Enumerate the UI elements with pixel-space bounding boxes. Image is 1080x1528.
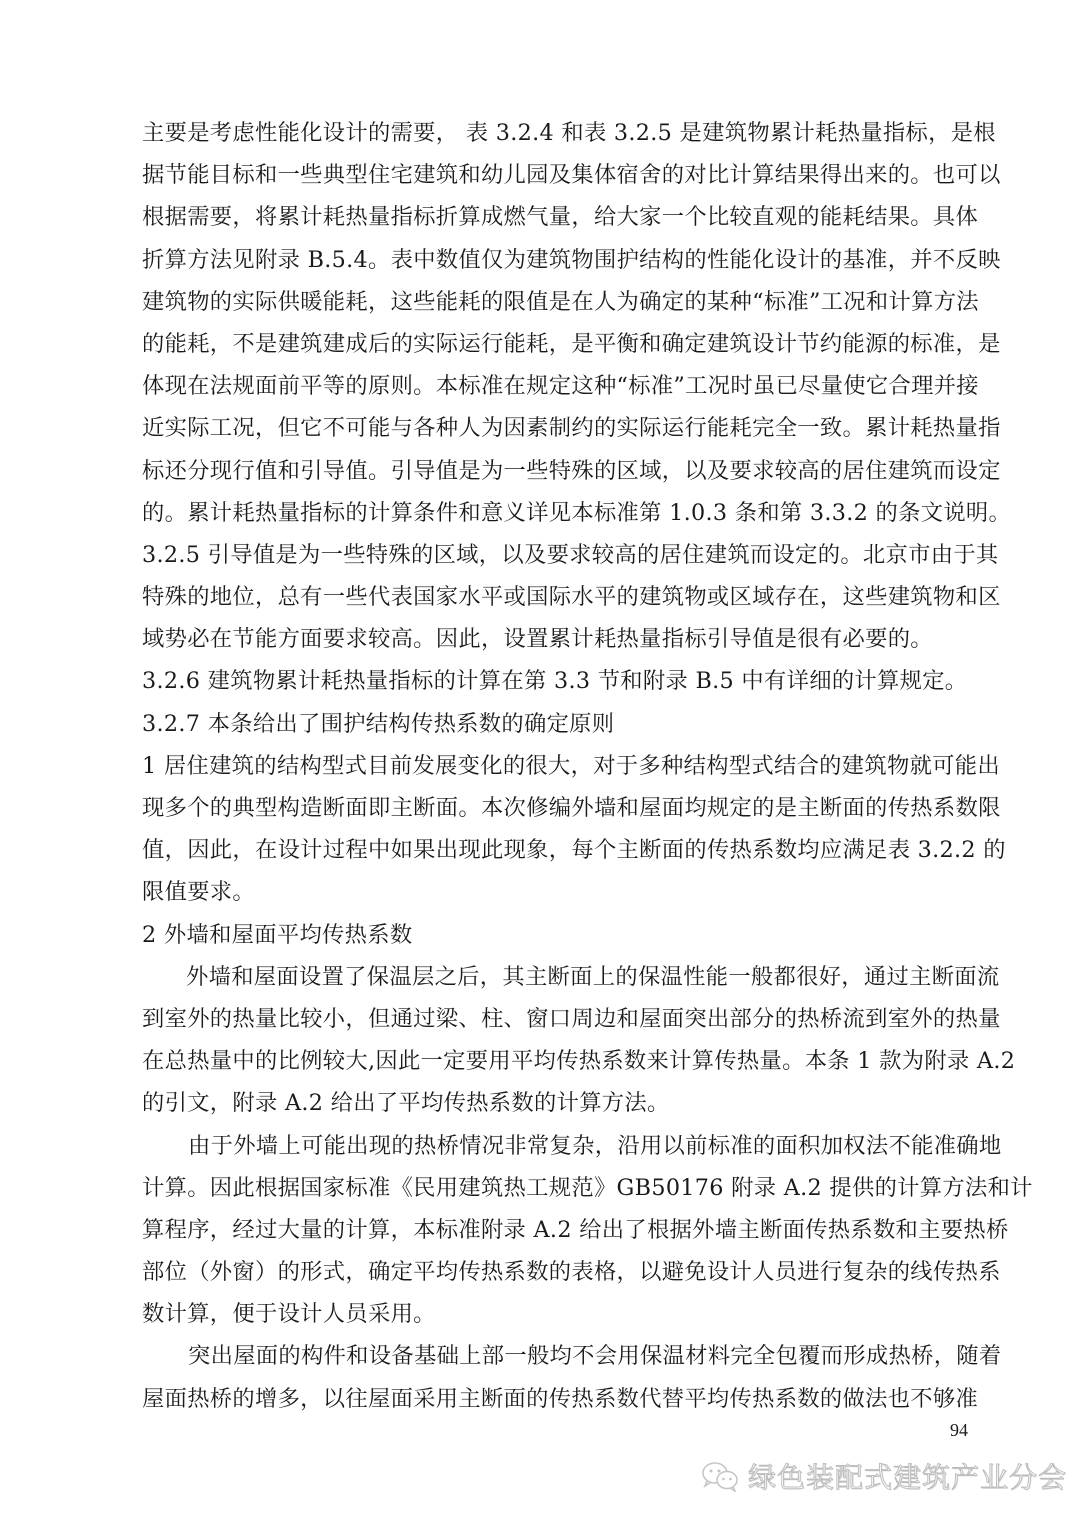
item-2-heading: 2 外墙和屋面平均传热系数: [142, 914, 968, 956]
text-line: 到室外的热量比较小，但通过梁、柱、窗口周边和屋面突出部分的热桥流到室外的热量: [142, 998, 968, 1040]
text-line: 特殊的地位，总有一些代表国家水平或国际水平的建筑物或区域存在，这些建筑物和区: [142, 576, 968, 618]
text-line: 折算方法见附录 B.5.4。表中数值仅为建筑物围护结构的性能化设计的基准，并不反…: [142, 239, 968, 281]
document-page: 主要是考虑性能化设计的需要， 表 3.2.4 和表 3.2.5 是建筑物累计耗热…: [0, 0, 1080, 1528]
paragraph-start-line: 由于外墙上可能出现的热桥情况非常复杂，沿用以前标准的面积加权法不能准确地: [142, 1125, 968, 1167]
text-line: 在总热量中的比例较大,因此一定要用平均传热系数来计算传热量。本条 1 款为附录 …: [142, 1040, 968, 1082]
section-3-2-7-heading: 3.2.7 本条给出了围护结构传热系数的确定原则: [142, 703, 968, 745]
text-line: 部位（外窗）的形式，确定平均传热系数的表格，以避免设计人员进行复杂的线传热系: [142, 1251, 968, 1293]
body-text: 主要是考虑性能化设计的需要， 表 3.2.4 和表 3.2.5 是建筑物累计耗热…: [142, 112, 968, 1420]
text-line: 限值要求。: [142, 871, 968, 913]
text-line: 现多个的典型构造断面即主断面。本次修编外墙和屋面均规定的是主断面的传热系数限: [142, 787, 968, 829]
text-line: 计算。因此根据国家标准《民用建筑热工规范》GB50176 附录 A.2 提供的计…: [142, 1167, 968, 1209]
section-3-2-6-line: 3.2.6 建筑物累计耗热量指标的计算在第 3.3 节和附录 B.5 中有详细的…: [142, 660, 968, 702]
text-line: 数计算，便于设计人员采用。: [142, 1293, 968, 1335]
text-line: 据节能目标和一些典型住宅建筑和幼儿园及集体宿舍的对比计算结果得出来的。也可以: [142, 154, 968, 196]
text-line: 体现在法规面前平等的原则。本标准在规定这种“标准”工况时虽已尽量使它合理并接: [142, 365, 968, 407]
text-line: 算程序，经过大量的计算，本标准附录 A.2 给出了根据外墙主断面传热系数和主要热…: [142, 1209, 968, 1251]
text-line: 屋面热桥的增多，以往屋面采用主断面的传热系数代替平均传热系数的做法也不够准: [142, 1378, 968, 1420]
text-line: 值，因此，在设计过程中如果出现此现象，每个主断面的传热系数均应满足表 3.2.2…: [142, 829, 968, 871]
item-1-line: 1 居住建筑的结构型式目前发展变化的很大，对于多种结构型式结合的建筑物就可能出: [142, 745, 968, 787]
text-line: 建筑物的实际供暖能耗，这些能耗的限值是在人为确定的某种“标准”工况和计算方法: [142, 281, 968, 323]
watermark: 绿色装配式建筑产业分会: [700, 1456, 1067, 1496]
text-line: 根据需要，将累计耗热量指标折算成燃气量，给大家一个比较直观的能耗结果。具体: [142, 196, 968, 238]
paragraph-start-line: 突出屋面的构件和设备基础上部一般均不会用保温材料完全包覆而形成热桥，随着: [142, 1335, 968, 1377]
wechat-icon: [700, 1460, 740, 1492]
text-line: 的。累计耗热量指标的计算条件和意义详见本标准第 1.0.3 条和第 3.3.2 …: [142, 492, 968, 534]
paragraph-start-line: 外墙和屋面设置了保温层之后，其主断面上的保温性能一般都很好，通过主断面流: [142, 956, 968, 998]
section-3-2-5-line: 3.2.5 引导值是为一些特殊的区域，以及要求较高的居住建筑而设定的。北京市由于…: [142, 534, 968, 576]
watermark-text: 绿色装配式建筑产业分会: [748, 1456, 1067, 1496]
page-number: 94: [928, 1420, 968, 1441]
text-line: 主要是考虑性能化设计的需要， 表 3.2.4 和表 3.2.5 是建筑物累计耗热…: [142, 112, 968, 154]
text-line: 域势必在节能方面要求较高。因此，设置累计耗热量指标引导值是很有必要的。: [142, 618, 968, 660]
text-line: 标还分现行值和引导值。引导值是为一些特殊的区域，以及要求较高的居住建筑而设定: [142, 450, 968, 492]
text-line: 的能耗，不是建筑建成后的实际运行能耗，是平衡和确定建筑设计节约能源的标准，是: [142, 323, 968, 365]
text-line: 的引文，附录 A.2 给出了平均传热系数的计算方法。: [142, 1082, 968, 1124]
text-line: 近实际工况，但它不可能与各种人为因素制约的实际运行能耗完全一致。累计耗热量指: [142, 407, 968, 449]
